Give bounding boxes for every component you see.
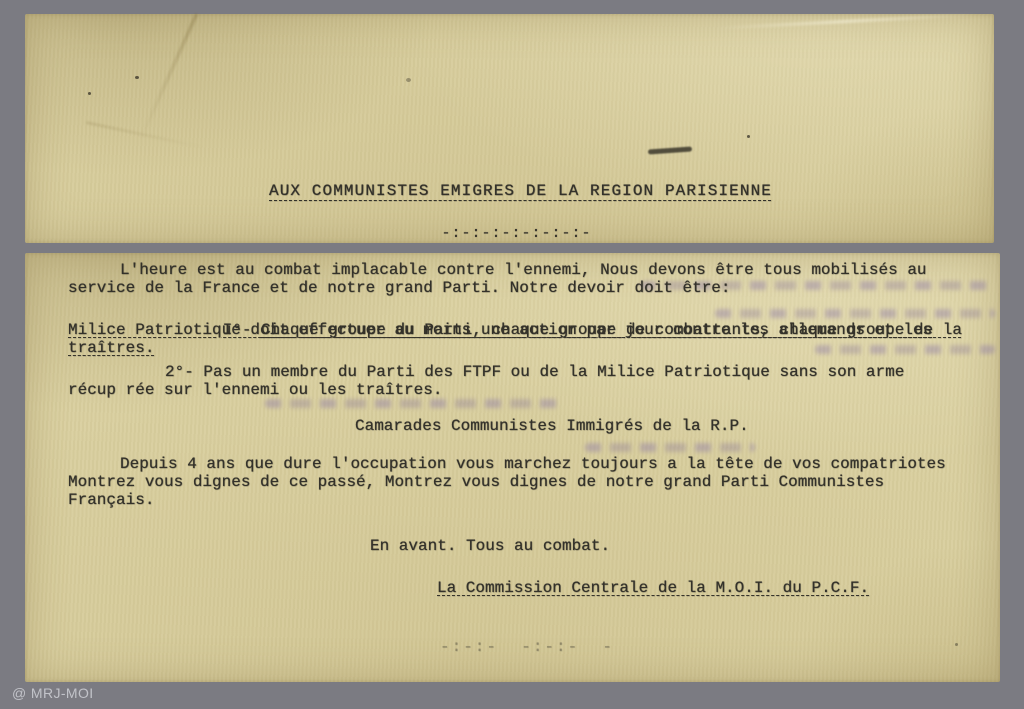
body-line: Montrez vous dignes de ce passé, Montrez… bbox=[68, 473, 970, 491]
ink-speck bbox=[88, 92, 91, 95]
document-body-fragment: L'heure est au combat implacable contre … bbox=[25, 253, 1000, 682]
ink-speck bbox=[135, 76, 139, 79]
body-line: Français. bbox=[68, 491, 970, 509]
body-line: L'heure est au combat implacable contre … bbox=[120, 261, 970, 279]
closing-line: En avant. Tous au combat. bbox=[370, 537, 970, 555]
body-line: récup rée sur l'ennemi ou les traîtres. bbox=[68, 381, 970, 399]
body-line: service de la France et de notre grand P… bbox=[68, 279, 970, 297]
scanned-document-page: { "colors": { "frame": "#7b7b82", "paper… bbox=[0, 0, 1024, 709]
title-separator: -:-:-:-:-:-:-:- bbox=[25, 225, 994, 242]
archive-credit: @ MRJ-MOI bbox=[12, 685, 94, 701]
ink-speck bbox=[406, 78, 411, 82]
underlined-text: Milice Patriotique doit effectuer au moi… bbox=[68, 321, 932, 339]
paper-crease bbox=[86, 122, 204, 149]
footer-separator: -:-:- -:-:- - bbox=[440, 638, 970, 656]
signature-line: La Commission Centrale de la M.O.I. du P… bbox=[437, 579, 970, 597]
body-line: 2°- Pas un membre du Parti des FTPF ou d… bbox=[165, 363, 970, 381]
body-line: I°- Chaque groupe du Parti, chaque group… bbox=[165, 303, 970, 321]
body-line: Depuis 4 ans que dure l'occupation vous … bbox=[120, 455, 970, 473]
paper-crease bbox=[139, 13, 198, 140]
salutation-line: Camarades Communistes Immigrés de la R.P… bbox=[355, 417, 970, 435]
body-line: Milice Patriotique doit effectuer au moi… bbox=[68, 321, 970, 339]
document-top-fragment: AUX COMMUNISTES EMIGRES DE LA REGION PAR… bbox=[25, 14, 994, 243]
underlined-text: traîtres. bbox=[68, 339, 154, 357]
typewritten-text: L'heure est au combat implacable contre … bbox=[68, 261, 970, 656]
paper-crease bbox=[715, 13, 975, 30]
ink-speck bbox=[747, 135, 750, 138]
document-title: AUX COMMUNISTES EMIGRES DE LA REGION PAR… bbox=[25, 182, 994, 200]
ink-smudge bbox=[648, 146, 692, 154]
